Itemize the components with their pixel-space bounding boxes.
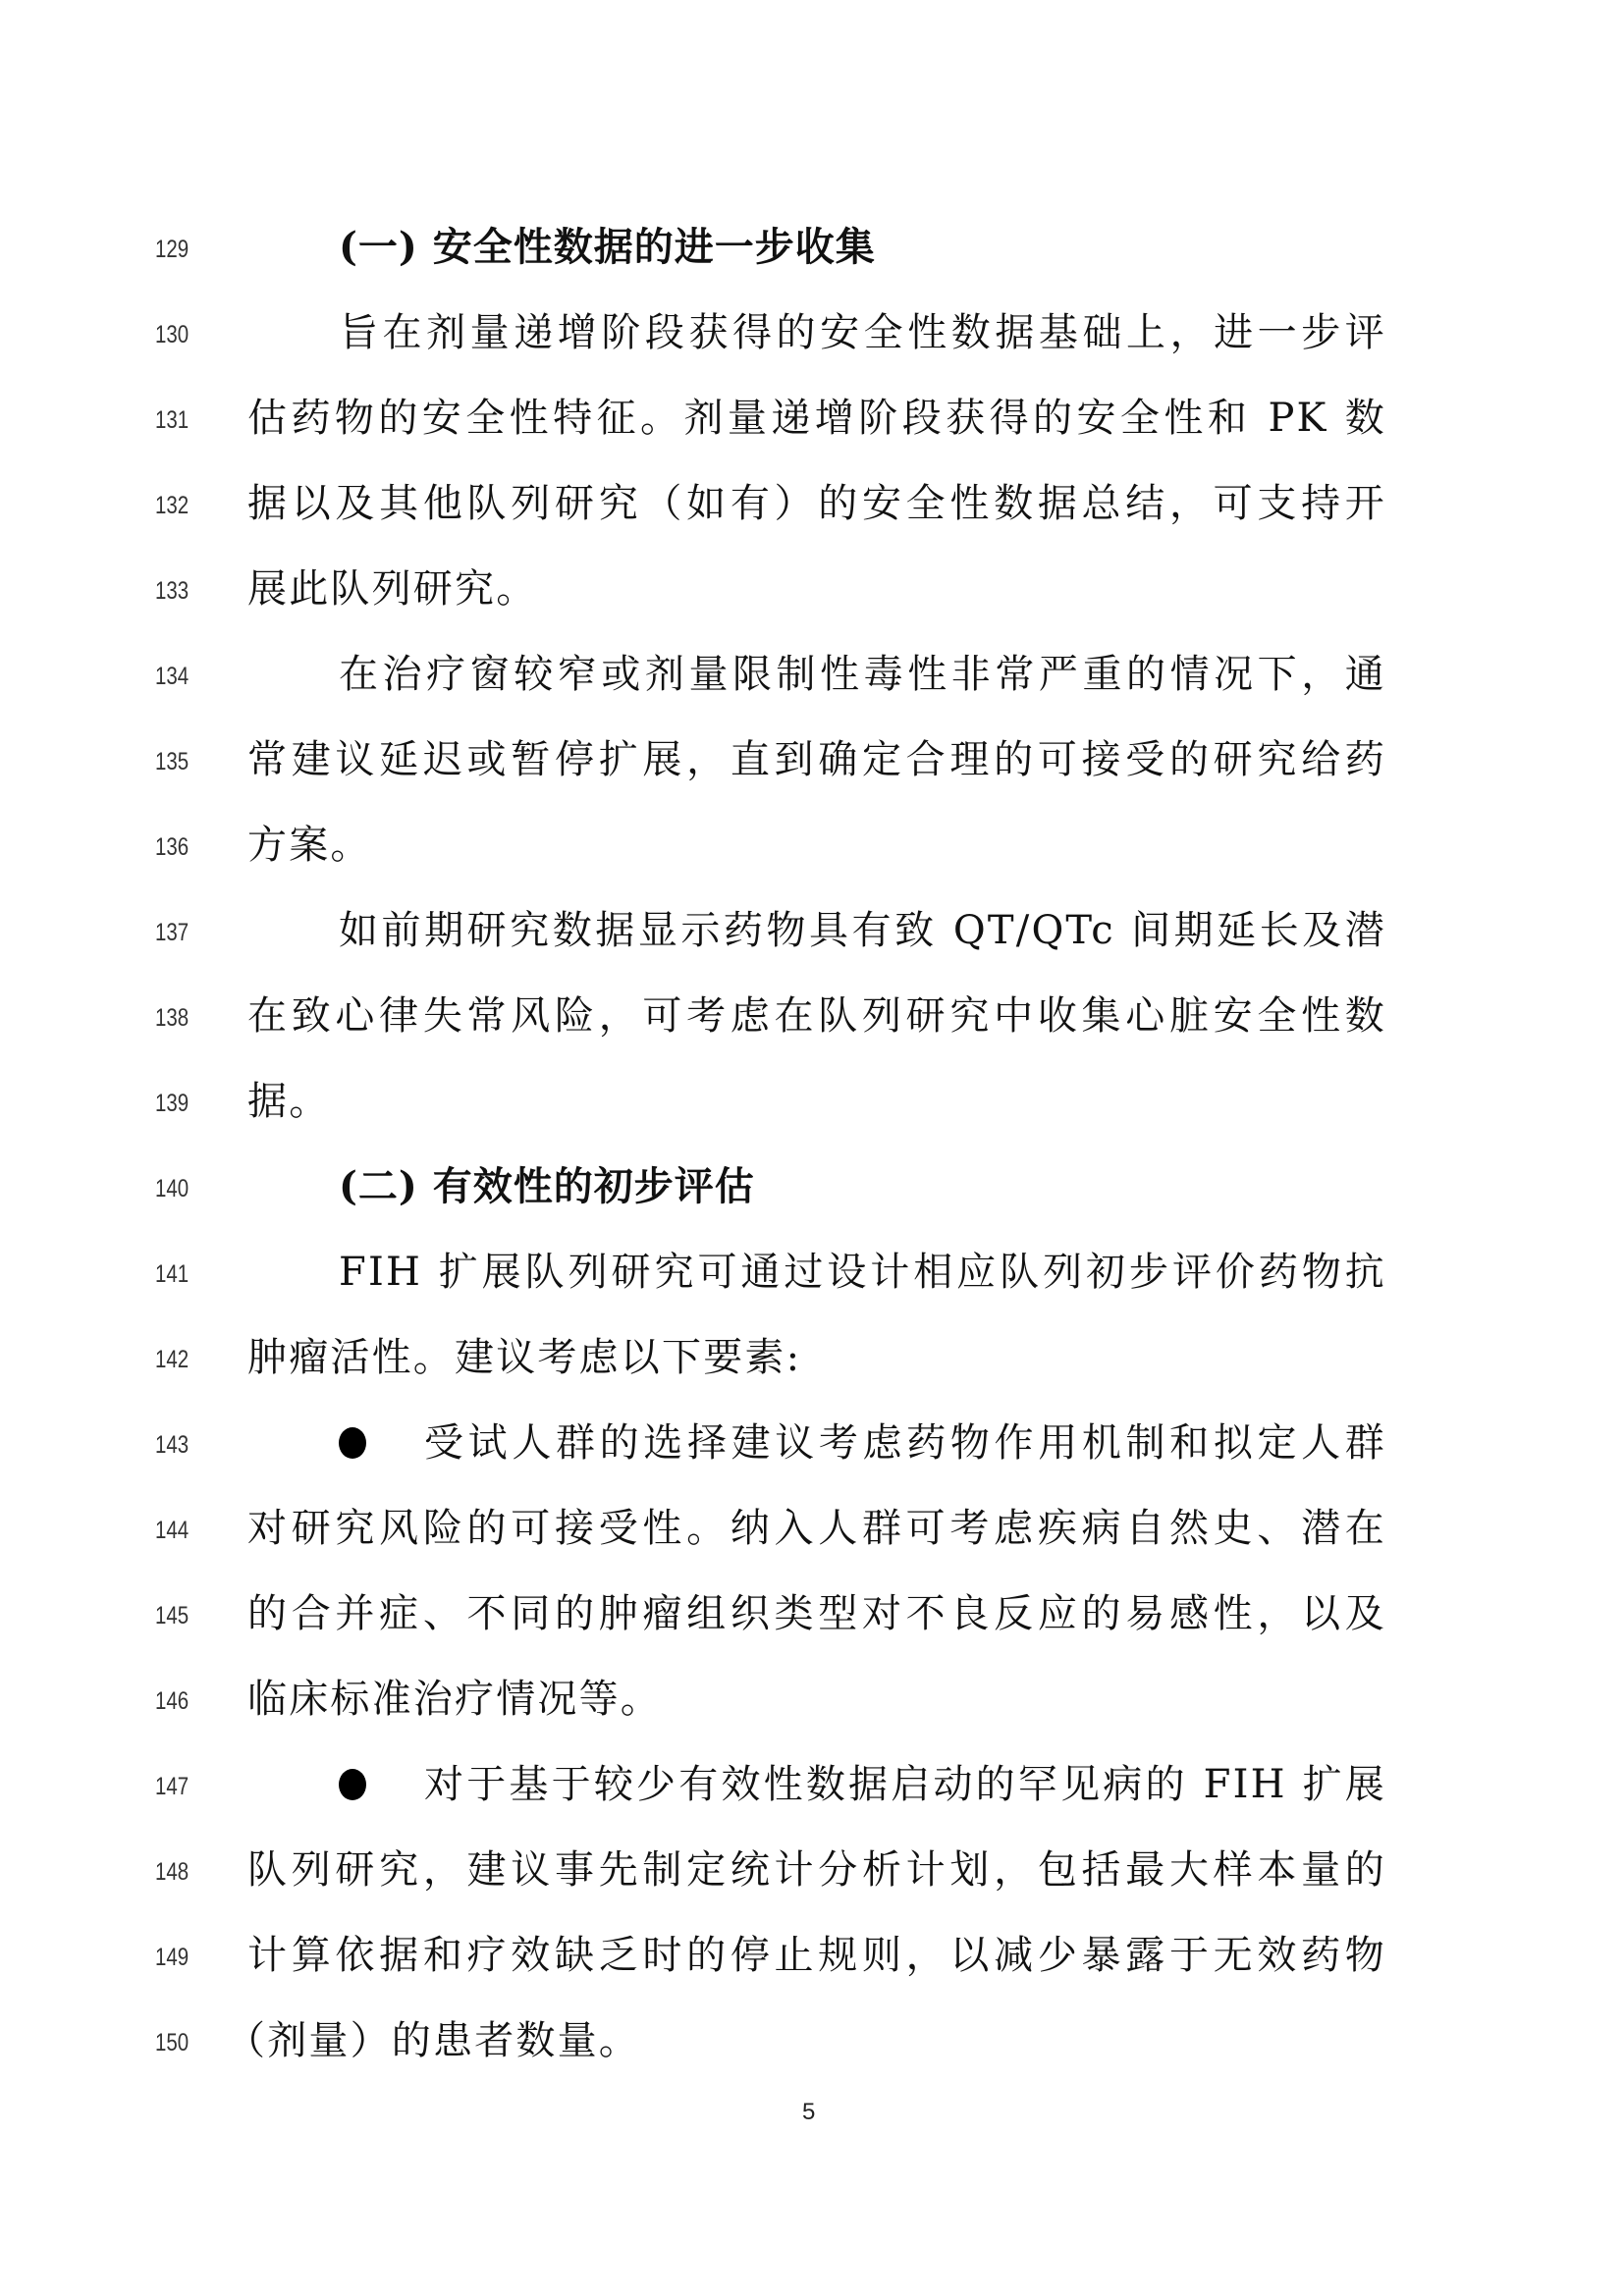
paragraph-text: FIH 扩展队列研究可通过设计相应队列初步评价药物抗 (339, 1249, 1386, 1296)
document-line: 140 (二) 有效性的初步评估 (0, 1163, 1624, 1222)
document-line: 148 队列研究，建议事先制定统计分析计划，包括最大样本量的 (0, 1846, 1624, 1905)
document-line: 136 方案。 (0, 822, 1624, 881)
line-number: 144 (155, 1517, 195, 1545)
bullet-icon (339, 1427, 366, 1459)
line-number: 147 (155, 1773, 195, 1801)
line-number: 145 (155, 1602, 195, 1630)
document-line: 139 据。 (0, 1078, 1624, 1137)
paragraph-text: 旨在剂量递增阶段获得的安全性数据基础上，进一步评 (339, 309, 1386, 356)
line-number: 148 (155, 1858, 195, 1887)
bullet-icon (339, 1769, 366, 1800)
line-number: 134 (155, 663, 195, 691)
document-line: 130 旨在剂量递增阶段获得的安全性数据基础上，进一步评 (0, 309, 1624, 368)
bullet-text: 对于基于较少有效性数据启动的罕见病的 FIH 扩展 (424, 1761, 1386, 1808)
paragraph-text: 据以及其他队列研究（如有）的安全性数据总结，可支持开 (247, 480, 1386, 527)
paragraph-text: 队列研究，建议事先制定统计分析计划，包括最大样本量的 (247, 1846, 1386, 1894)
document-line: 146 临床标准治疗情况等。 (0, 1676, 1624, 1735)
paragraph-text: 如前期研究数据显示药物具有致 QT/QTc 间期延长及潜 (339, 907, 1386, 954)
paragraph-text: 临床标准治疗情况等。 (247, 1676, 1386, 1723)
section-heading: (二) 有效性的初步评估 (339, 1163, 1478, 1210)
document-line: 144 对研究风险的可接受性。纳入人群可考虑疾病自然史、潜在 (0, 1505, 1624, 1564)
bullet-text: 受试人群的选择建议考虑药物作用机制和拟定人群 (424, 1419, 1386, 1467)
document-line: 129 (一) 安全性数据的进一步收集 (0, 224, 1624, 283)
document-line: 147 对于基于较少有效性数据启动的罕见病的 FIH 扩展 (0, 1761, 1624, 1820)
line-number: 141 (155, 1260, 195, 1289)
paragraph-text: 计算依据和疗效缺乏时的停止规则，以减少暴露于无效药物 (247, 1932, 1386, 1979)
document-line: 138 在致心律失常风险，可考虑在队列研究中收集心脏安全性数 (0, 992, 1624, 1051)
line-number: 135 (155, 748, 195, 776)
paragraph-text: 肿瘤活性。建议考虑以下要素: (247, 1334, 1386, 1381)
document-line: 134 在治疗窗较窄或剂量限制性毒性非常严重的情况下，通 (0, 651, 1624, 710)
paragraph-text: 的合并症、不同的肿瘤组织类型对不良反应的易感性，以及 (247, 1590, 1386, 1637)
document-page: 129 (一) 安全性数据的进一步收集 130 旨在剂量递增阶段获得的安全性数据… (0, 0, 1624, 2296)
line-number: 132 (155, 492, 195, 520)
line-number: 136 (155, 833, 195, 862)
line-number: 133 (155, 577, 195, 606)
line-number: 139 (155, 1090, 195, 1118)
line-number: 143 (155, 1431, 195, 1460)
document-line: 142 肿瘤活性。建议考虑以下要素: (0, 1334, 1624, 1393)
line-number: 130 (155, 321, 195, 349)
section-heading: (一) 安全性数据的进一步收集 (339, 224, 1478, 271)
line-number: 138 (155, 1004, 195, 1033)
line-number: 150 (155, 2029, 195, 2057)
paragraph-text: 在致心律失常风险，可考虑在队列研究中收集心脏安全性数 (247, 992, 1386, 1040)
paragraph-text: 在治疗窗较窄或剂量限制性毒性非常严重的情况下，通 (339, 651, 1386, 698)
paragraph-text: 对研究风险的可接受性。纳入人群可考虑疾病自然史、潜在 (247, 1505, 1386, 1552)
line-number: 149 (155, 1944, 195, 1972)
line-number: 137 (155, 919, 195, 947)
paragraph-text: （剂量）的患者数量。 (226, 2017, 1365, 2064)
document-line: 149 计算依据和疗效缺乏时的停止规则，以减少暴露于无效药物 (0, 1932, 1624, 1991)
document-line: 150 （剂量）的患者数量。 (0, 2017, 1624, 2076)
paragraph-text: 据。 (247, 1078, 1386, 1125)
paragraph-text: 方案。 (247, 822, 1386, 869)
line-number: 131 (155, 406, 195, 435)
line-number: 140 (155, 1175, 195, 1203)
paragraph-text: 估药物的安全性特征。剂量递增阶段获得的安全性和 PK 数 (247, 395, 1386, 442)
document-line: 137 如前期研究数据显示药物具有致 QT/QTc 间期延长及潜 (0, 907, 1624, 966)
document-line: 145 的合并症、不同的肿瘤组织类型对不良反应的易感性，以及 (0, 1590, 1624, 1649)
document-line: 132 据以及其他队列研究（如有）的安全性数据总结，可支持开 (0, 480, 1624, 539)
document-line: 131 估药物的安全性特征。剂量递增阶段获得的安全性和 PK 数 (0, 395, 1624, 454)
document-line: 141 FIH 扩展队列研究可通过设计相应队列初步评价药物抗 (0, 1249, 1624, 1308)
paragraph-text: 常建议延迟或暂停扩展，直到确定合理的可接受的研究给药 (247, 736, 1386, 783)
line-number: 142 (155, 1346, 195, 1374)
line-number: 129 (155, 236, 195, 264)
document-line: 133 展此队列研究。 (0, 565, 1624, 624)
paragraph-text: 展此队列研究。 (247, 565, 1386, 613)
document-line: 143 受试人群的选择建议考虑药物作用机制和拟定人群 (0, 1419, 1624, 1478)
document-line: 135 常建议延迟或暂停扩展，直到确定合理的可接受的研究给药 (0, 736, 1624, 795)
page-number: 5 (802, 2099, 815, 2126)
line-number: 146 (155, 1687, 195, 1716)
